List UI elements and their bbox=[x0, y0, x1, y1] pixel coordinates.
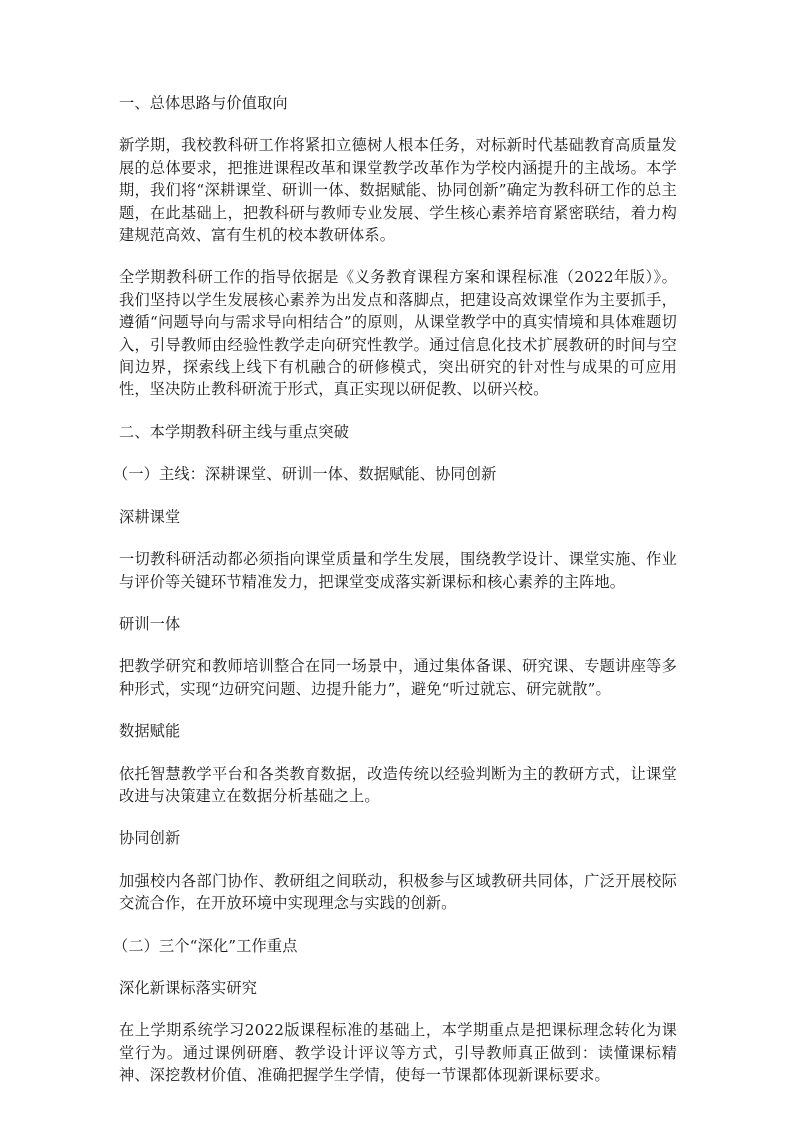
item-title: 深耕课堂 bbox=[119, 506, 677, 528]
item-title: 研训一体 bbox=[119, 613, 677, 635]
paragraph: 全学期教科研工作的指导依据是《义务教育课程方案和课程标准（2022年版）》。我们… bbox=[119, 266, 677, 400]
item-title: 数据赋能 bbox=[119, 720, 677, 742]
paragraph: 依托智慧教学平台和各类教育数据，改造传统以经验判断为主的教研方式，让课堂改进与决… bbox=[119, 763, 677, 808]
paragraph: 加强校内各部门协作、教研组之间联动，积极参与区域教研共同体，广泛开展校际交流合作… bbox=[119, 870, 677, 915]
document-page: 一、总体思路与价值取向 新学期，我校教科研工作将紧扣立德树人根本任务，对标新时代… bbox=[119, 92, 677, 1107]
subsection-heading: （一）主线：深耕课堂、研训一体、数据赋能、协同创新 bbox=[113, 463, 677, 485]
item-title: 协同创新 bbox=[119, 827, 677, 849]
paragraph: 一切教科研活动都必须指向课堂质量和学生发展，围绕教学设计、课堂实施、作业与评价等… bbox=[119, 548, 677, 593]
paragraph: 在上学期系统学习2022版课程标准的基础上，本学期重点是把课标理念转化为课堂行为… bbox=[119, 1019, 677, 1086]
section-heading: 二、本学期教科研主线与重点突破 bbox=[119, 421, 677, 443]
paragraph: 把教学研究和教师培训整合在同一场景中，通过集体备课、研究课、专题讲座等多种形式，… bbox=[119, 655, 677, 700]
subsection-heading: （二）三个“深化”工作重点 bbox=[113, 935, 677, 957]
section-heading: 一、总体思路与价值取向 bbox=[119, 92, 677, 114]
item-title: 深化新课标落实研究 bbox=[119, 977, 677, 999]
paragraph: 新学期，我校教科研工作将紧扣立德树人根本任务，对标新时代基础教育高质量发展的总体… bbox=[119, 134, 677, 246]
